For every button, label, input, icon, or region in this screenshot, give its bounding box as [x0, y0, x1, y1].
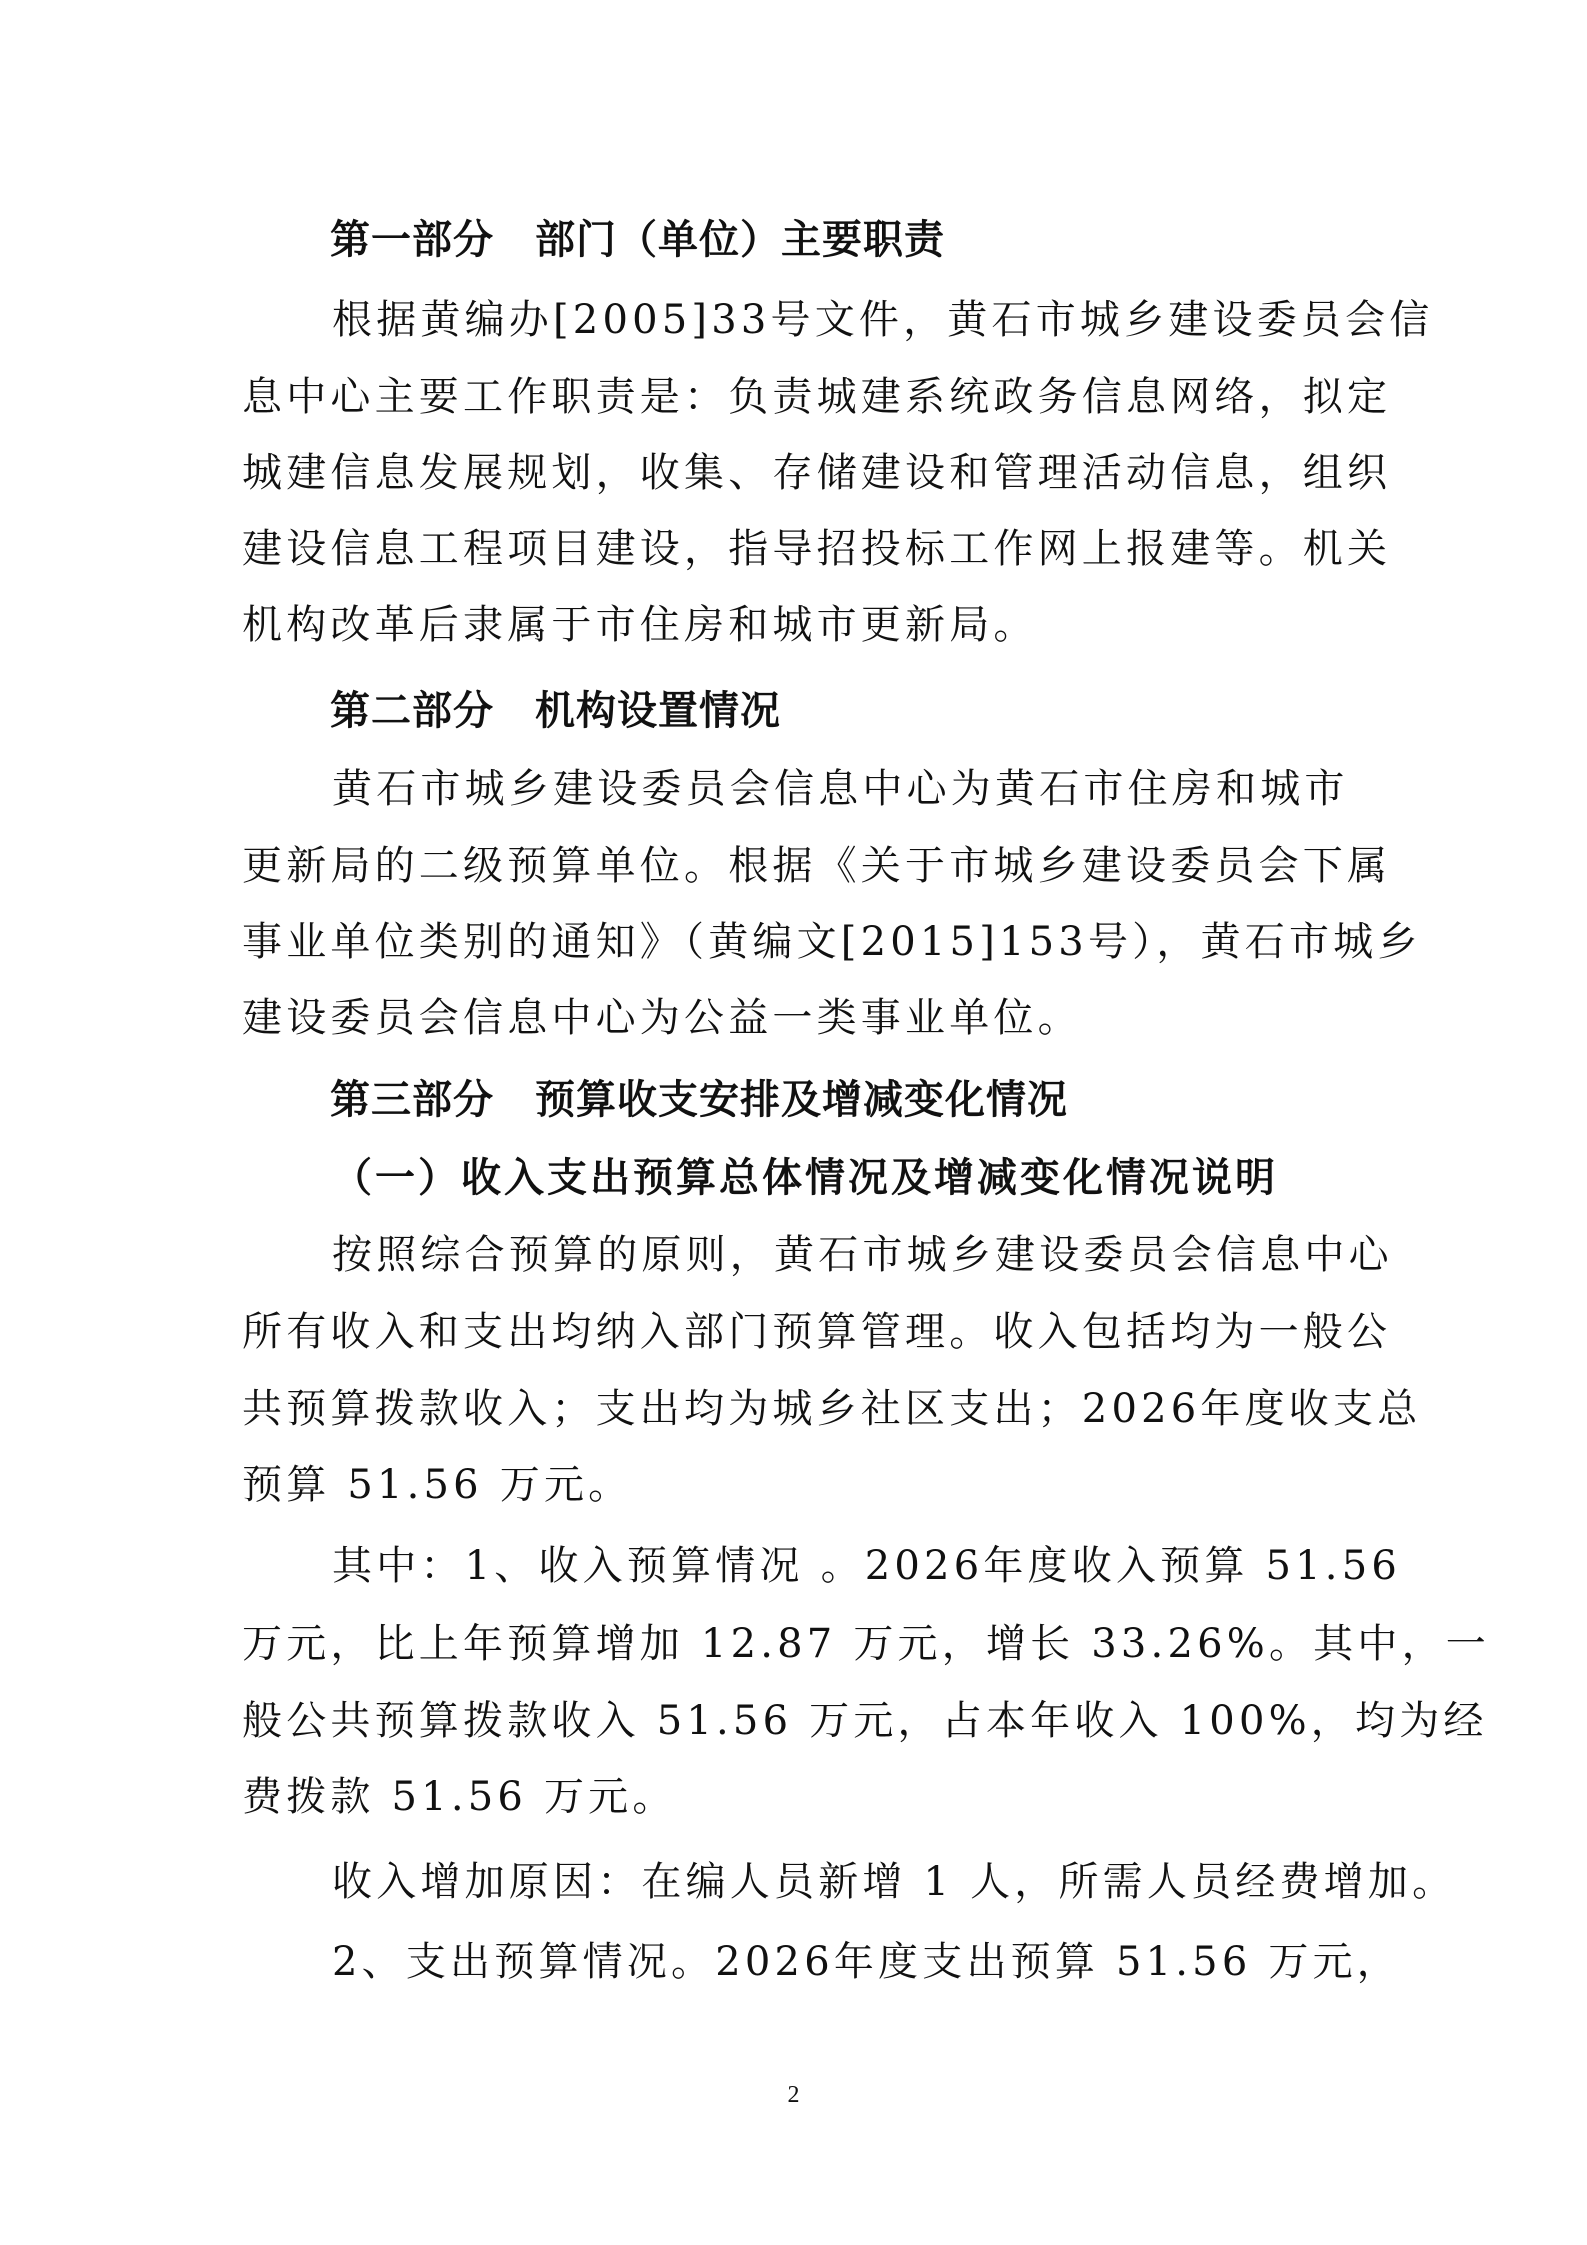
- para-2-line-2: 万元，比上年预算增加 12.87 万元，增长 33.26%。其中，一: [242, 1621, 1360, 1667]
- section-2-line-1: 黄石市城乡建设委员会信息中心为黄石市住房和城市: [332, 766, 1360, 812]
- para-1-line-4: 预算 51.56 万元。: [242, 1462, 1360, 1508]
- section-1-line-1: 根据黄编办[2005]33号文件，黄石市城乡建设委员会信: [332, 297, 1360, 343]
- section-1-line-2: 息中心主要工作职责是：负责城建系统政务信息网络，拟定: [242, 374, 1360, 420]
- para-1-line-3: 共预算拨款收入；支出均为城乡社区支出；2026年度收支总: [242, 1386, 1360, 1432]
- section-1-heading: 第一部分 部门（单位）主要职责: [330, 217, 945, 263]
- section-1-line-3: 城建信息发展规划，收集、存储建设和管理活动信息，组织: [242, 450, 1360, 496]
- para-2-line-1: 其中：1、收入预算情况 。2026年度收入预算 51.56: [332, 1543, 1360, 1589]
- section-2-line-3: 事业单位类别的通知》（黄编文[2015]153号），黄石市城乡: [242, 919, 1360, 965]
- document-page: 第一部分 部门（单位）主要职责 根据黄编办[2005]33号文件，黄石市城乡建设…: [0, 0, 1587, 2245]
- para-1-line-2: 所有收入和支出均纳入部门预算管理。收入包括均为一般公: [242, 1309, 1360, 1355]
- section-3-subheading: （一）收入支出预算总体情况及增减变化情况说明: [332, 1155, 1278, 1201]
- para-2-line-3: 般公共预算拨款收入 51.56 万元，占本年收入 100%，均为经: [242, 1698, 1360, 1744]
- para-3-line-1: 收入增加原因：在编人员新增 1 人，所需人员经费增加。: [332, 1859, 1360, 1905]
- section-3-heading: 第三部分 预算收支安排及增减变化情况: [330, 1077, 1068, 1123]
- page-number: 2: [0, 2082, 1587, 2109]
- section-1-line-5: 机构改革后隶属于市住房和城市更新局。: [242, 602, 1360, 648]
- section-2-line-4: 建设委员会信息中心为公益一类事业单位。: [242, 995, 1360, 1041]
- para-2-line-4: 费拨款 51.56 万元。: [242, 1774, 1360, 1820]
- section-2-line-2: 更新局的二级预算单位。根据《关于市城乡建设委员会下属: [242, 843, 1360, 889]
- section-1-line-4: 建设信息工程项目建设，指导招投标工作网上报建等。机关: [242, 526, 1360, 572]
- para-4-line-1: 2、支出预算情况。2026年度支出预算 51.56 万元，: [332, 1939, 1360, 1985]
- para-1-line-1: 按照综合预算的原则，黄石市城乡建设委员会信息中心: [332, 1232, 1360, 1278]
- section-2-heading: 第二部分 机构设置情况: [330, 688, 781, 734]
